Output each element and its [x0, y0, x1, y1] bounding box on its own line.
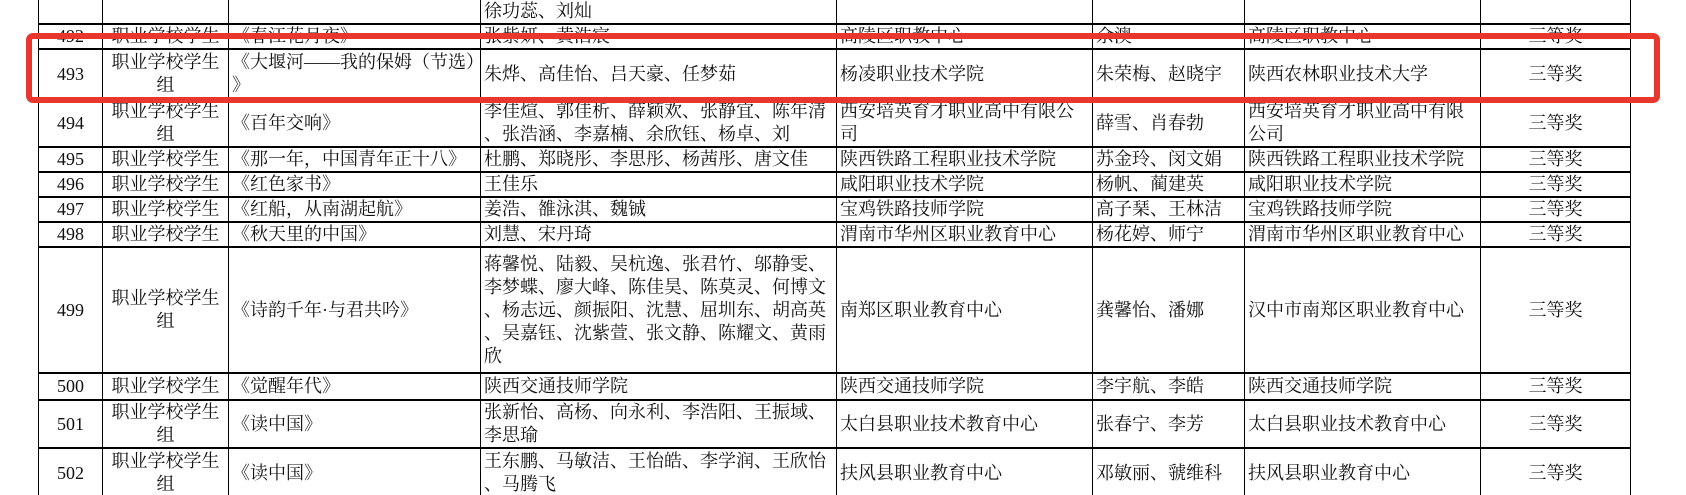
award-cell — [1481, 0, 1631, 24]
row-number-cell: 495 — [39, 147, 103, 172]
school-cell: 宝鸡铁路技师学院 — [837, 197, 1093, 222]
table-row: 495 职业学校学生 《那一年，中国青年正十八》 杜鹏、郑晓彤、李思彤、杨茜彤、… — [39, 147, 1631, 172]
performers-cell: 张紫妍、黄浩宸 — [481, 24, 837, 49]
performers-cell: 张新怡、高杨、向永利、李浩阳、王振域、李思瑜 — [481, 400, 837, 448]
group-cell: 职业学校学生 — [103, 24, 229, 49]
teachers-cell: 高子琹、王林洁 — [1093, 197, 1245, 222]
school-cell: 咸阳职业技术学院 — [837, 172, 1093, 197]
performers-cell: 徐功蕊、刘灿 — [481, 0, 837, 24]
performers-cell: 王东鹏、马敏洁、王怡皓、李学润、王欣怡、马腾飞 — [481, 448, 837, 495]
award-cell: 三等奖 — [1481, 147, 1631, 172]
table-row: 493 职业学校学生组 《大堰河——我的保姆（节选）》 朱烨、高佳怡、吕天豪、任… — [39, 49, 1631, 99]
teachers-cell: 李宇航、李皓 — [1093, 373, 1245, 400]
school-cell: 陕西铁路工程职业技术学院 — [837, 147, 1093, 172]
awarded-school-cell: 扶风县职业教育中心 — [1245, 448, 1481, 495]
award-cell: 三等奖 — [1481, 373, 1631, 400]
awarded-school-cell: 咸阳职业技术学院 — [1245, 172, 1481, 197]
award-cell: 三等奖 — [1481, 448, 1631, 495]
award-cell: 三等奖 — [1481, 197, 1631, 222]
table-row: 497 职业学校学生 《红船，从南湖起航》 姜浩、雒泳淇、魏铖 宝鸡铁路技师学院… — [39, 197, 1631, 222]
performers-cell: 李佳煊、郭佳析、薛颖欢、张静宜、陈年清、张浩涵、李嘉楠、余欣钰、杨卓、刘 — [481, 99, 837, 147]
table-row: 徐功蕊、刘灿 — [39, 0, 1631, 24]
work-title-cell: 《大堰河——我的保姆（节选）》 — [229, 49, 481, 99]
teachers-cell: 张春宁、李芳 — [1093, 400, 1245, 448]
row-number-cell: 496 — [39, 172, 103, 197]
performers-cell: 陕西交通技师学院 — [481, 373, 837, 400]
work-title-cell — [229, 0, 481, 24]
performers-cell: 姜浩、雒泳淇、魏铖 — [481, 197, 837, 222]
teachers-cell: 龚馨怡、潘娜 — [1093, 247, 1245, 373]
work-title-cell: 《读中国》 — [229, 448, 481, 495]
work-title-cell: 《红船，从南湖起航》 — [229, 197, 481, 222]
table-row: 494 职业学校学生组 《百年交响》 李佳煊、郭佳析、薛颖欢、张静宜、陈年清、张… — [39, 99, 1631, 147]
awarded-school-cell: 西安培英育才职业高中有限公司 — [1245, 99, 1481, 147]
work-title-cell: 《百年交响》 — [229, 99, 481, 147]
work-title-cell: 《读中国》 — [229, 400, 481, 448]
row-number-cell: 498 — [39, 222, 103, 247]
awards-table: 徐功蕊、刘灿 492 职业学校学生 《春江花月夜》 张紫妍、黄浩宸 高陵区职教中… — [38, 0, 1631, 495]
school-cell: 扶风县职业教育中心 — [837, 448, 1093, 495]
award-cell: 三等奖 — [1481, 400, 1631, 448]
row-number-cell: 492 — [39, 24, 103, 49]
teachers-cell: 朱荣梅、赵晓宇 — [1093, 49, 1245, 99]
teachers-cell: 邓敏丽、虢维科 — [1093, 448, 1245, 495]
row-number-cell: 502 — [39, 448, 103, 495]
table-row: 496 职业学校学生 《红色家书》 王佳乐 咸阳职业技术学院 杨帆、蔺建英 咸阳… — [39, 172, 1631, 197]
award-cell: 三等奖 — [1481, 222, 1631, 247]
group-cell: 职业学校学生组 — [103, 400, 229, 448]
work-title-cell: 《秋天里的中国》 — [229, 222, 481, 247]
group-cell — [103, 0, 229, 24]
group-cell: 职业学校学生组 — [103, 99, 229, 147]
teachers-cell: 杨花婷、师宁 — [1093, 222, 1245, 247]
awards-table-wrap: 徐功蕊、刘灿 492 职业学校学生 《春江花月夜》 张紫妍、黄浩宸 高陵区职教中… — [38, 0, 1631, 495]
row-number-cell: 493 — [39, 49, 103, 99]
work-title-cell: 《觉醒年代》 — [229, 373, 481, 400]
table-row: 492 职业学校学生 《春江花月夜》 张紫妍、黄浩宸 高陵区职教中心 余澳 高陵… — [39, 24, 1631, 49]
award-cell: 三等奖 — [1481, 99, 1631, 147]
awarded-school-cell: 太白县职业技术教育中心 — [1245, 400, 1481, 448]
teachers-cell: 杨帆、蔺建英 — [1093, 172, 1245, 197]
awarded-school-cell: 宝鸡铁路技师学院 — [1245, 197, 1481, 222]
teachers-cell: 薛雪、肖春勃 — [1093, 99, 1245, 147]
performers-cell: 杜鹏、郑晓彤、李思彤、杨茜彤、唐文佳 — [481, 147, 837, 172]
table-row: 502 职业学校学生组 《读中国》 王东鹏、马敏洁、王怡皓、李学润、王欣怡、马腾… — [39, 448, 1631, 495]
school-cell: 陕西交通技师学院 — [837, 373, 1093, 400]
school-cell: 渭南市华州区职业教育中心 — [837, 222, 1093, 247]
teachers-cell — [1093, 0, 1245, 24]
school-cell: 西安培英育才职业高中有限公司 — [837, 99, 1093, 147]
group-cell: 职业学校学生组 — [103, 247, 229, 373]
group-cell: 职业学校学生 — [103, 373, 229, 400]
awarded-school-cell: 陕西农林职业技术大学 — [1245, 49, 1481, 99]
page: { "highlight": { "row_no": "493", "color… — [0, 0, 1686, 495]
table-row: 498 职业学校学生 《秋天里的中国》 刘慧、宋丹琦 渭南市华州区职业教育中心 … — [39, 222, 1631, 247]
award-cell: 三等奖 — [1481, 172, 1631, 197]
row-number-cell: 501 — [39, 400, 103, 448]
work-title-cell: 《春江花月夜》 — [229, 24, 481, 49]
work-title-cell: 《那一年，中国青年正十八》 — [229, 147, 481, 172]
performers-cell: 蒋馨悦、陆毅、吴杭逸、张君竹、邬静雯、李梦蝶、廖大峰、陈佳昊、陈莫灵、何博文、杨… — [481, 247, 837, 373]
teachers-cell: 余澳 — [1093, 24, 1245, 49]
work-title-cell: 《红色家书》 — [229, 172, 481, 197]
row-number-cell: 497 — [39, 197, 103, 222]
school-cell: 杨凌职业技术学院 — [837, 49, 1093, 99]
work-title-cell: 《诗韵千年·与君共吟》 — [229, 247, 481, 373]
group-cell: 职业学校学生组 — [103, 448, 229, 495]
awarded-school-cell: 陕西铁路工程职业技术学院 — [1245, 147, 1481, 172]
performers-cell: 刘慧、宋丹琦 — [481, 222, 837, 247]
group-cell: 职业学校学生 — [103, 197, 229, 222]
award-cell: 三等奖 — [1481, 24, 1631, 49]
school-cell — [837, 0, 1093, 24]
awarded-school-cell: 汉中市南郑区职业教育中心 — [1245, 247, 1481, 373]
award-cell: 三等奖 — [1481, 49, 1631, 99]
row-number-cell — [39, 0, 103, 24]
awarded-school-cell: 渭南市华州区职业教育中心 — [1245, 222, 1481, 247]
row-number-cell: 499 — [39, 247, 103, 373]
awarded-school-cell: 高陵区职教中心 — [1245, 24, 1481, 49]
group-cell: 职业学校学生 — [103, 222, 229, 247]
group-cell: 职业学校学生组 — [103, 49, 229, 99]
table-row: 499 职业学校学生组 《诗韵千年·与君共吟》 蒋馨悦、陆毅、吴杭逸、张君竹、邬… — [39, 247, 1631, 373]
awarded-school-cell — [1245, 0, 1481, 24]
awarded-school-cell: 陕西交通技师学院 — [1245, 373, 1481, 400]
award-cell: 三等奖 — [1481, 247, 1631, 373]
school-cell: 太白县职业技术教育中心 — [837, 400, 1093, 448]
performers-cell: 朱烨、高佳怡、吕天豪、任梦茹 — [481, 49, 837, 99]
teachers-cell: 苏金玲、闵文娟 — [1093, 147, 1245, 172]
group-cell: 职业学校学生 — [103, 147, 229, 172]
awards-table-body: 徐功蕊、刘灿 492 职业学校学生 《春江花月夜》 张紫妍、黄浩宸 高陵区职教中… — [39, 0, 1631, 495]
group-cell: 职业学校学生 — [103, 172, 229, 197]
row-number-cell: 500 — [39, 373, 103, 400]
row-number-cell: 494 — [39, 99, 103, 147]
performers-cell: 王佳乐 — [481, 172, 837, 197]
school-cell: 高陵区职教中心 — [837, 24, 1093, 49]
table-row: 501 职业学校学生组 《读中国》 张新怡、高杨、向永利、李浩阳、王振域、李思瑜… — [39, 400, 1631, 448]
school-cell: 南郑区职业教育中心 — [837, 247, 1093, 373]
table-row: 500 职业学校学生 《觉醒年代》 陕西交通技师学院 陕西交通技师学院 李宇航、… — [39, 373, 1631, 400]
